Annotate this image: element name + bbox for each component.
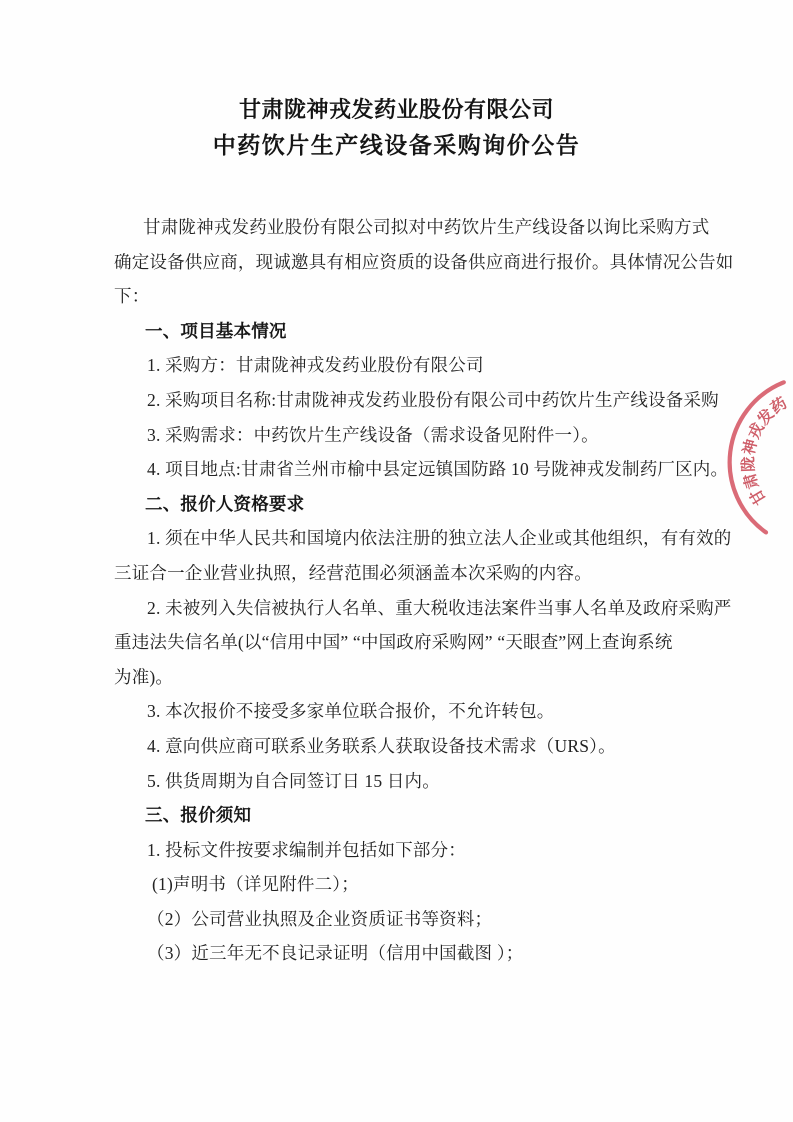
doc-line: 三证合一企业营业执照，经营范围必须涵盖本次采购的内容。 — [114, 556, 774, 591]
doc-line: （3）近三年无不良记录证明（信用中国截图 ）； — [114, 936, 774, 971]
doc-line: 2. 未被列入失信被执行人名单、重大税收违法案件当事人名单及政府采购严 — [114, 591, 774, 626]
doc-line: 3. 采购需求：中药饮片生产线设备（需求设备见附件一）。 — [114, 418, 774, 453]
doc-line: 1. 投标文件按要求编制并包括如下部分： — [114, 833, 774, 868]
seal-char: 陇 — [738, 456, 757, 473]
doc-line: 1. 采购方：甘肃陇神戎发药业股份有限公司 — [114, 348, 774, 383]
doc-line: 3. 本次报价不接受多家单位联合报价，不允许转包。 — [114, 694, 774, 729]
doc-line: 2. 采购项目名称:甘肃陇神戎发药业股份有限公司中药饮片生产线设备采购 — [114, 383, 774, 418]
section-heading: 三、报价须知 — [114, 798, 774, 833]
company-seal: 甘肃陇神戎发药 — [718, 376, 793, 542]
doc-line: 确定设备供应商，现诚邀具有相应资质的设备供应商进行报价。具体情况公告如 — [114, 245, 774, 280]
doc-line: (1)声明书（详见附件二）； — [114, 867, 774, 902]
doc-line: 4. 意向供应商可联系业务联系人获取设备技术需求（URS）。 — [114, 729, 774, 764]
section-heading: 二、报价人资格要求 — [114, 487, 774, 522]
doc-line: 5. 供货周期为自合同签订日 15 日内。 — [114, 764, 774, 799]
document-page: 甘肃陇神戎发药业股份有限公司 中药饮片生产线设备采购询价公告 甘肃陇神戎发药业股… — [0, 0, 793, 1122]
section-heading: 一、项目基本情况 — [114, 314, 774, 349]
doc-line: 重违法失信名单(以“信用中国” “中国政府采购网” “天眼查”网上查询系统 — [114, 625, 774, 660]
document-title-line1: 甘肃陇神戎发药业股份有限公司 — [0, 95, 793, 125]
document-body: 甘肃陇神戎发药业股份有限公司拟对中药饮片生产线设备以询比采购方式确定设备供应商，… — [114, 210, 774, 971]
doc-line: （2）公司营业执照及企业资质证书等资料； — [114, 902, 774, 937]
doc-line: 甘肃陇神戎发药业股份有限公司拟对中药饮片生产线设备以询比采购方式 — [114, 210, 774, 245]
document-title-line2: 中药饮片生产线设备采购询价公告 — [0, 131, 793, 161]
doc-line: 4. 项目地点:甘肃省兰州市榆中县定远镇国防路 10 号陇神戎发制药厂区内。 — [114, 452, 774, 487]
doc-line: 1. 须在中华人民共和国境内依法注册的独立法人企业或其他组织，有有效的 — [114, 521, 774, 556]
doc-line: 下： — [114, 279, 774, 314]
doc-line: 为准)。 — [114, 660, 774, 695]
